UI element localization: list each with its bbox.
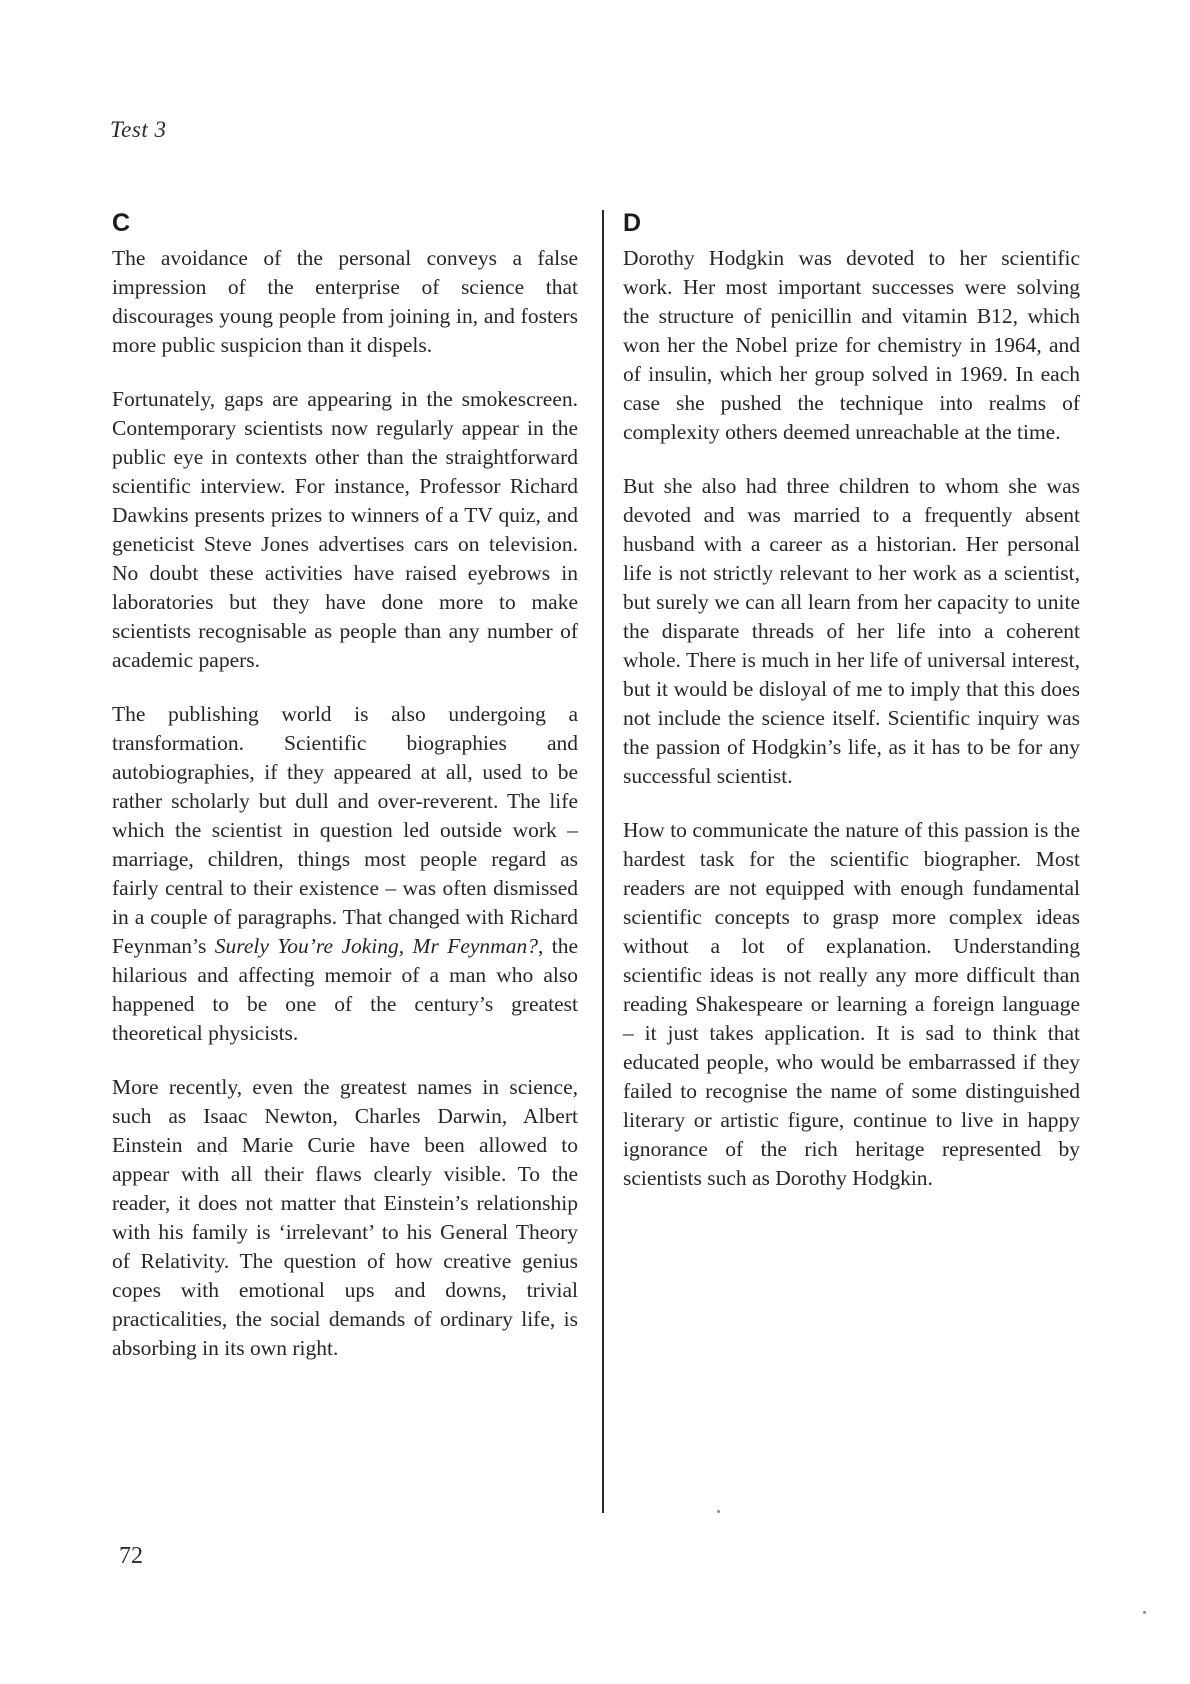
running-head: Test 3 [110,117,166,143]
paragraph: The avoidance of the personal conveys a … [112,244,578,360]
document-page: { "page": { "running_head": "Test 3", "p… [0,0,1190,1684]
scan-speck [219,1153,221,1155]
text-run: But she also had three children to whom … [623,474,1080,788]
paragraph: More recently, even the greatest names i… [112,1073,578,1363]
text-run: Fortunately, gaps are appearing in the s… [112,387,578,672]
italic-book-title: Surely You’re Joking, Mr Feynman? [215,934,538,958]
passage-section-d: D Dorothy Hodgkin was devoted to her sci… [623,211,1080,1363]
paragraph: But she also had three children to whom … [623,472,1080,791]
two-column-text: C The avoidance of the personal conveys … [112,211,1080,1363]
paragraph: Fortunately, gaps are appearing in the s… [112,385,578,675]
column-divider [602,210,604,1513]
section-label-c: C [112,211,578,236]
page-background: Test 3 C The avoidance of the personal c… [0,0,1190,1684]
text-run: The avoidance of the personal conveys a … [112,246,578,357]
section-d-paragraphs: Dorothy Hodgkin was devoted to her scien… [623,244,1080,1193]
section-c-paragraphs: The avoidance of the personal conveys a … [112,244,578,1363]
text-run: Dorothy Hodgkin was devoted to her scien… [623,246,1080,444]
text-run: More recently, even the greatest names i… [112,1075,578,1360]
section-label-d: D [623,211,1080,236]
paragraph: How to communicate the nature of this pa… [623,816,1080,1193]
text-run: The publishing world is also undergoing … [112,702,578,958]
scan-speck [1143,1611,1146,1614]
text-run: How to communicate the nature of this pa… [623,818,1080,1190]
page-number: 72 [119,1543,143,1570]
scan-speck [717,1510,720,1513]
paragraph: The publishing world is also undergoing … [112,700,578,1048]
passage-section-c: C The avoidance of the personal conveys … [112,211,578,1363]
paragraph: Dorothy Hodgkin was devoted to her scien… [623,244,1080,447]
